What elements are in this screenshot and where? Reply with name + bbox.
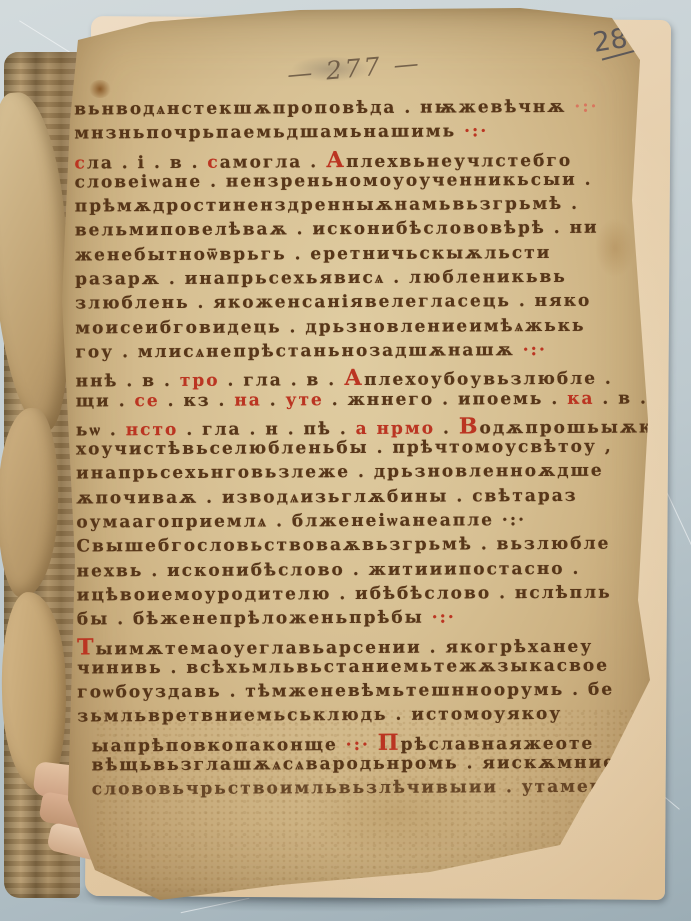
ink-text: .	[262, 390, 286, 410]
manuscript-line: ьѡ . нсто . гла . н . пѣ . а нрмо . Водѫ…	[76, 412, 636, 439]
manuscript-line: щи . се . кз . на . уте . жннего . ипоем…	[76, 388, 636, 415]
ink-text: плехвьнеучлстебго	[346, 150, 572, 171]
ink-text: бы . бѣженепрѣложеньпрѣбы	[77, 608, 424, 630]
ink-text: ицѣвоиемоуродителю . ибѣбѣслово . нслѣпл…	[77, 583, 612, 606]
rubric-text: ·:·	[424, 608, 456, 628]
manuscript-photo: 284 — 277 — вьнводѧнстекшѫпроповѣда . нѭ…	[0, 0, 691, 921]
manuscript-line: ицѣвоиемоуродителю . ибѣбѣслово . нслѣпл…	[77, 582, 637, 609]
ink-text: .	[435, 418, 459, 438]
ink-text: Свышебгословьствоваѫвьзгрьмѣ . вьзлюбле	[76, 534, 610, 557]
rubric-text: А	[326, 147, 346, 173]
ink-text: инапрьсехьнговьзлеже . дрьзновленноѫдше	[76, 461, 604, 484]
rubric-text: нсто	[126, 420, 179, 440]
rubric-text: ·:·	[566, 97, 598, 117]
ink-text: ннѣ . в .	[76, 371, 180, 392]
text-block: вьнводѧнстекшѫпроповѣда . нѭжевѣчнѫ ·:·м…	[74, 97, 638, 805]
manuscript-line: моисеибговидець . дрьзновлениеимѣѧжькь	[75, 315, 635, 342]
manuscript-line: разарѫ . инапрьсехьявисѧ . любленикьвь	[75, 267, 635, 294]
rubric-text: уте	[285, 390, 323, 410]
rubric-text: се	[134, 391, 159, 411]
ink-text: амогла .	[220, 152, 326, 173]
manuscript-line: инапрьсехьнговьзлеже . дрьзновленноѫдше	[76, 461, 636, 488]
manuscript-line: бы . бѣженепрѣложеньпрѣбы ·:·	[77, 607, 637, 634]
ink-text: моисеибговидець . дрьзновлениеимѣѧжькь	[75, 315, 585, 338]
manuscript-line: нехвь . исконибѣслово . житииипостасно .	[77, 558, 637, 585]
manuscript-line: гоѡбоуздавь . тѣмженевѣмьтешнноорумь . б…	[77, 680, 637, 707]
ink-text: гоу . млисѧнепрѣстаньнозадшѫнашѫ	[75, 340, 514, 362]
ink-text: ѫпочиваѫ . изводѧизьглѫбины . свѣтараз	[76, 486, 577, 509]
ink-text: мнзньпочрьпаемьдшамьнашимь	[74, 122, 456, 144]
manuscript-line: вьнводѧнстекшѫпроповѣда . нѭжевѣчнѫ ·:·	[74, 97, 634, 124]
rubric-text: с	[207, 152, 219, 172]
manuscript-line: вѣщьвьзглашѫѧсѧвародьнромь . яискѫмние	[92, 753, 638, 780]
ink-text: слововьчрьствоимльвьзлѣчивыии . утамепрѣ	[92, 777, 632, 800]
manuscript-line: гоу . млисѧнепрѣстаньнозадшѫнашѫ ·:·	[75, 340, 635, 367]
rubric-text: Т	[77, 634, 96, 660]
ink-text: щи .	[76, 391, 135, 411]
manuscript-line: чинивь . всѣхьмльвьстаниемьтежѫзыкасвое	[77, 655, 637, 682]
ink-text: зьмльвретвниемьськлюдь . истомоуякоу	[77, 704, 562, 727]
manuscript-line: словеіѡане . нензреньномоуоученникьсыи .	[75, 169, 635, 196]
ink-text: ла . і . в .	[87, 152, 208, 173]
manuscript-line: ннѣ . в . тро . гла . в . Аплехоубоувьзл…	[76, 364, 636, 391]
rubric-text: тро	[180, 371, 220, 391]
manuscript-line: сла . і . в . самогла . Аплехвьнеучлстеб…	[74, 145, 634, 172]
ink-text: . кз .	[160, 390, 235, 410]
ink-text: вьнводѧнстекшѫпроповѣда . нѭжевѣчнѫ	[74, 97, 566, 120]
manuscript-line: вельмиповелѣваѫ . исконибѣслововѣрѣ . ни	[75, 218, 635, 245]
rubric-text: ·:·	[346, 735, 378, 755]
manuscript-line: зьмльвретвниемьськлюдь . истомоуякоу	[77, 704, 637, 731]
rubric-text: В	[459, 413, 480, 439]
manuscript-line: оумаагоприемлѧ . блженеіѡанеапле ·:·	[76, 510, 636, 537]
ink-text: ьѡ .	[76, 420, 126, 440]
manuscript-line: прѣмѫдростиненздренныѫнамьвьзгрьмѣ .	[75, 194, 635, 221]
ink-text: ыапрѣповкопаконще	[91, 735, 345, 756]
rubric-text: ·:·	[681, 417, 691, 437]
ink-text: словеіѡане . нензреньномоуоученникьсыи .	[75, 170, 593, 193]
ink-text: женебытноѿврьгь . еретничьскыѫльсти	[75, 243, 551, 265]
ink-text: прѣмѫдростиненздренныѫнамьвьзгрьмѣ .	[75, 194, 579, 217]
manuscript-line: слововьчрьствоимльвьзлѣчивыии . утамепрѣ	[92, 777, 638, 804]
rubric-text: А	[344, 365, 364, 391]
ink-text: . жннего . ипоемь .	[324, 388, 568, 409]
ink-text: злюблень . якоженсаніявелегласець . няко	[75, 291, 591, 314]
ink-text: разарѫ . инапрьсехьявисѧ . любленикьвь	[75, 267, 567, 290]
rubric-text: а нрмо	[356, 418, 435, 438]
rubric-text: на	[234, 390, 262, 410]
manuscript-line: ыапрѣповкопаконще ·:· Прѣславнаяжеоте	[91, 728, 637, 755]
manuscript-line: мнзньпочрьпаемьдшамьнашимь ·:·	[74, 121, 634, 148]
ink-text: плехоубоувьзлюбле .	[364, 369, 613, 390]
ink-text: оумаагоприемлѧ . блженеіѡанеапле ·:·	[76, 510, 526, 532]
ink-text: . гла . в .	[220, 370, 345, 391]
ink-text: гоѡбоуздавь . тѣмженевѣмьтешнноорумь . б…	[77, 680, 614, 703]
rubric-text: ка	[567, 388, 594, 408]
ink-text: . гла . н . пѣ .	[178, 419, 355, 440]
manuscript-line: ѫпочиваѫ . изводѧизьглѫбины . свѣтараз	[76, 485, 636, 512]
rubric-text: ·:·	[515, 340, 547, 360]
ink-text: нехвь . исконибѣслово . житииипостасно .	[77, 558, 581, 581]
parchment-page: 284 — 277 — вьнводѧнстекшѫпроповѣда . нѭ…	[55, 8, 667, 908]
manuscript-line: женебытноѿврьгь . еретничьскыѫльсти	[75, 242, 635, 269]
ink-stain	[89, 80, 111, 98]
ink-text: чинивь . всѣхьмльвьстаниемьтежѫзыкасвое	[77, 656, 609, 679]
ink-text: вельмиповелѣваѫ . исконибѣслововѣрѣ . ни	[75, 218, 599, 241]
ink-text: хоучистѣвьселюбленьбы . прѣчтомоусвѣтоу …	[76, 437, 613, 460]
ink-text: рѣславнаяжеоте	[401, 733, 595, 754]
manuscript-line: злюблень . якоженсаніявелегласець . няко	[75, 291, 635, 318]
manuscript-line: Тыимѫтемаоуеглавьарсении . якогрѣханеу	[77, 631, 637, 658]
rubric-text: с	[74, 153, 86, 173]
manuscript-line: Свышебгословьствоваѫвьзгрьмѣ . вьзлюбле	[76, 534, 636, 561]
rubric-text: ·:·	[456, 122, 488, 142]
rubric-text: П	[378, 729, 401, 755]
ink-text: . в .	[594, 388, 648, 408]
manuscript-line: хоучистѣвьселюбленьбы . прѣчтомоусвѣтоу …	[76, 437, 636, 464]
ink-text: вѣщьвьзглашѫѧсѧвародьнромь . яискѫмние	[92, 753, 616, 776]
